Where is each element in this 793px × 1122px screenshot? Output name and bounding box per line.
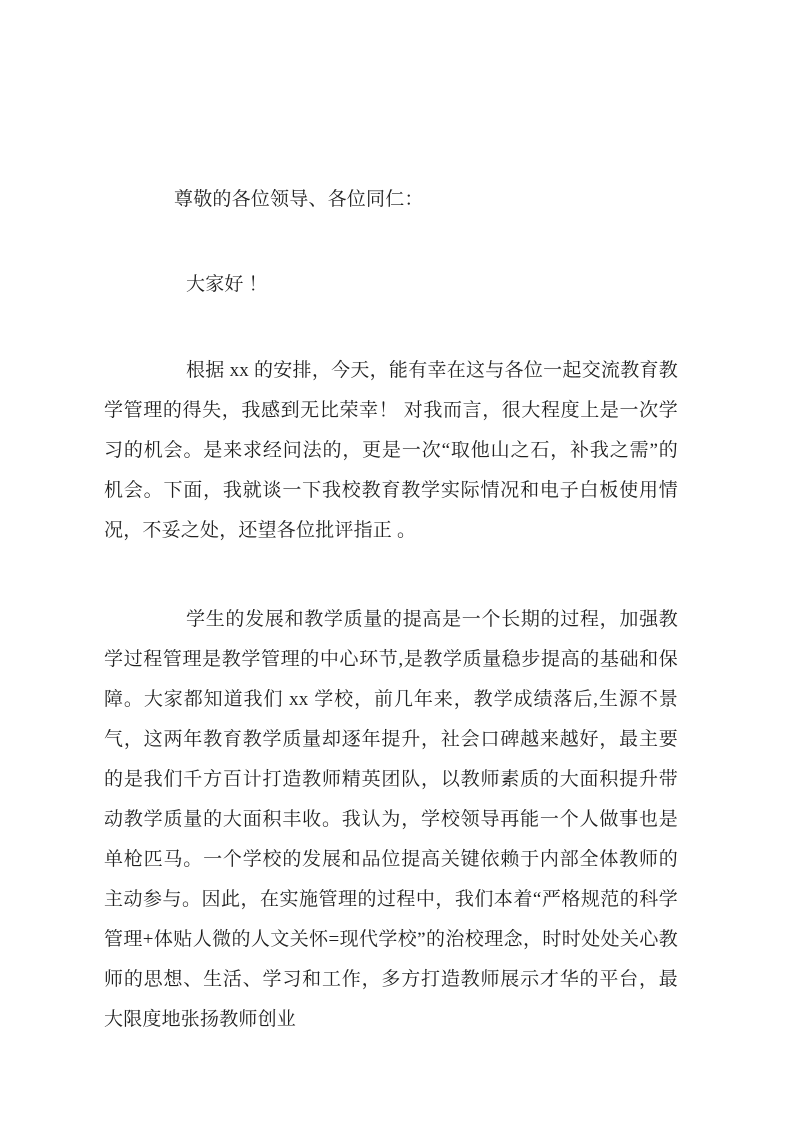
paragraph-introduction: 根据 xx 的安排，今天，能有幸在这与各位一起交流教育教学管理的得失，我感到无比… <box>104 351 678 551</box>
salutation-line: 尊敬的各位领导、各位同仁： <box>104 180 678 220</box>
paragraph-school-management: 学生的发展和教学质量的提高是一个长期的过程，加强教学过程管理是教学管理的中心环节… <box>104 600 678 1040</box>
document-page: 尊敬的各位领导、各位同仁： 大家好 ！ 根据 xx 的安排，今天，能有幸在这与各… <box>0 0 793 1122</box>
greeting-line: 大家好 ！ <box>104 265 678 305</box>
